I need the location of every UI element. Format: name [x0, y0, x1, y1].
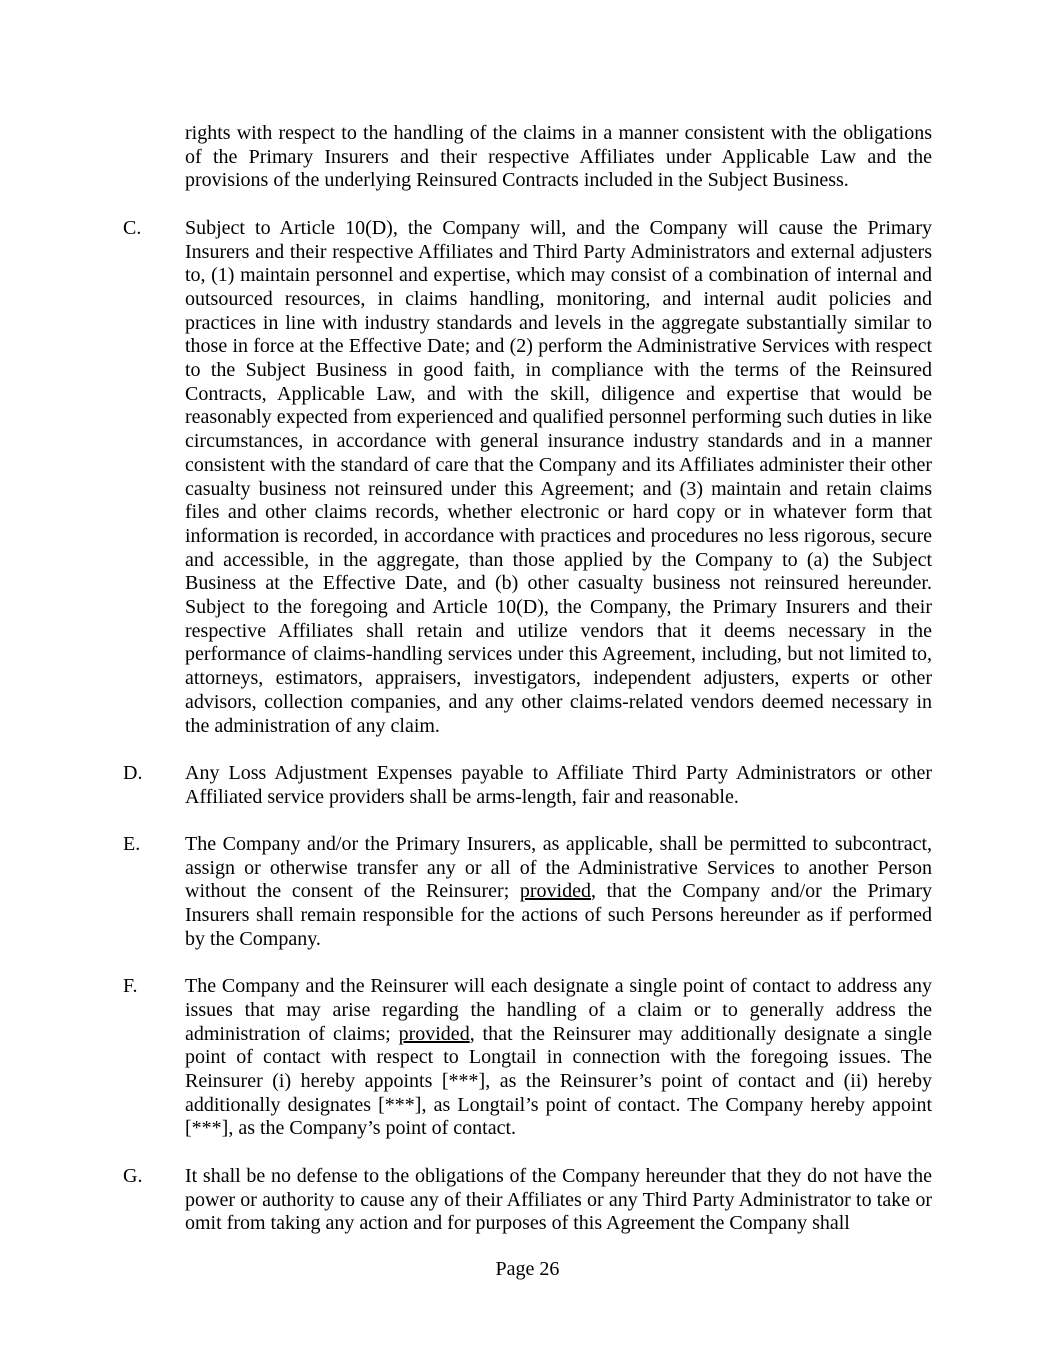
item-text: Subject to Article 10(D), the Company wi…	[185, 217, 932, 737]
list-item-g: G. It shall be no defense to the obligat…	[123, 1165, 932, 1236]
document-page: rights with respect to the handling of t…	[0, 0, 1055, 1365]
list-item-e: E. The Company and/or the Primary Insure…	[123, 833, 932, 952]
item-label: E.	[123, 833, 185, 952]
item-text: Any Loss Adjustment Expenses payable to …	[185, 762, 932, 808]
list-item-f: F. The Company and the Reinsurer will ea…	[123, 975, 932, 1141]
item-label: F.	[123, 975, 185, 1141]
list-item-c: C. Subject to Article 10(D), the Company…	[123, 217, 932, 738]
item-text-underlined: provided	[399, 1023, 470, 1045]
page-number: Page 26	[0, 1258, 1055, 1282]
item-label: G.	[123, 1165, 185, 1236]
item-body: It shall be no defense to the obligation…	[185, 1165, 932, 1236]
item-label: D.	[123, 762, 185, 809]
item-text-underlined: provided	[520, 880, 591, 902]
item-label: C.	[123, 217, 185, 738]
continuation-paragraph: rights with respect to the handling of t…	[185, 122, 932, 193]
paragraph-text: rights with respect to the handling of t…	[185, 122, 932, 191]
item-body: Any Loss Adjustment Expenses payable to …	[185, 762, 932, 809]
list-item-d: D. Any Loss Adjustment Expenses payable …	[123, 762, 932, 809]
item-text: It shall be no defense to the obligation…	[185, 1165, 932, 1234]
item-body: The Company and/or the Primary Insurers,…	[185, 833, 932, 952]
document-content: rights with respect to the handling of t…	[123, 122, 932, 1260]
item-body: Subject to Article 10(D), the Company wi…	[185, 217, 932, 738]
item-body: The Company and the Reinsurer will each …	[185, 975, 932, 1141]
